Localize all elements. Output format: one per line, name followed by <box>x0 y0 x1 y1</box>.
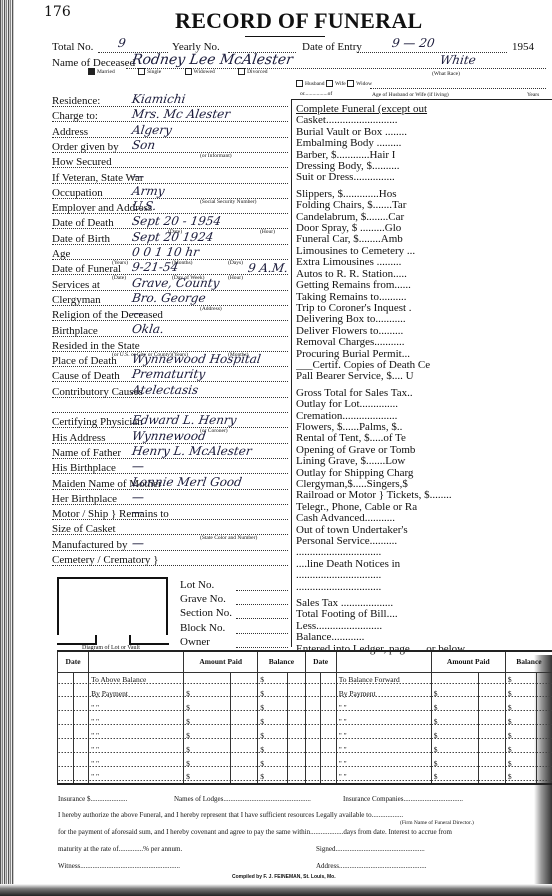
charge-item[interactable]: Casket.......................... <box>296 115 552 126</box>
ledger-cell[interactable] <box>321 770 337 784</box>
ledger-cell[interactable]: $ <box>184 700 231 714</box>
ledger-cell[interactable] <box>231 672 258 686</box>
total-no-label: Total No. <box>52 41 93 53</box>
status-widowed[interactable]: Widowed <box>185 69 215 75</box>
ledger-description[interactable]: " " <box>89 728 184 742</box>
ledger-cell[interactable] <box>58 756 74 770</box>
ledger-description[interactable]: " " <box>336 700 431 714</box>
charge-item[interactable]: Trip to Coroner's Inquest . <box>296 303 552 314</box>
interest-rate-field[interactable]: maturity at the rate of..............% p… <box>58 845 182 853</box>
field-hint: (Hour) <box>260 229 275 235</box>
ledger-cell[interactable] <box>288 700 305 714</box>
ledger-cell[interactable] <box>305 728 321 742</box>
payment-terms-text: for the payment of aforesaid sum, and I … <box>58 828 452 836</box>
charge-item[interactable]: ............................... <box>296 570 552 581</box>
dotted-line <box>52 152 288 153</box>
lot-diagram <box>57 577 168 635</box>
charge-item[interactable]: Suit or Dress............... <box>296 172 552 183</box>
field-value[interactable]: Wynnewood Hospital <box>131 352 262 366</box>
charges-list: Complete Funeral (except out Casket.....… <box>296 104 552 655</box>
ledger-cell[interactable] <box>58 714 74 728</box>
ledger-cell[interactable] <box>431 672 478 686</box>
ledger-cell[interactable]: $ <box>184 770 231 784</box>
ledger-cell[interactable] <box>536 700 552 714</box>
charge-item[interactable]: Taking Remains to.......... <box>296 292 552 303</box>
ledger-cell[interactable] <box>288 770 305 784</box>
diagram-foot-right <box>129 635 169 645</box>
charge-item[interactable]: Pall Bearer Service, $.... U <box>296 371 552 382</box>
ledger-cell[interactable] <box>478 756 505 770</box>
dotted-line <box>370 88 546 89</box>
ledger-description[interactable]: " " <box>336 756 431 770</box>
ledger-description[interactable]: " " <box>89 700 184 714</box>
ledger-description[interactable]: " " <box>336 728 431 742</box>
ledger-header: Amount Paid <box>431 652 505 672</box>
field-value[interactable]: Atelectasis <box>131 383 199 397</box>
charge-item[interactable]: Cash Advanced........... <box>296 513 552 524</box>
charge-item[interactable]: Door Spray, $ .........Glo <box>296 223 552 234</box>
charge-item[interactable]: Less........................ <box>296 621 552 632</box>
lot-field-label: Grave No. <box>180 593 226 605</box>
lot-field-input[interactable] <box>236 604 288 605</box>
book-binding-edge <box>0 0 14 896</box>
ledger-cell[interactable] <box>321 742 337 756</box>
field-hint: (State Color and Number) <box>200 535 257 541</box>
ledger-cell[interactable] <box>73 700 89 714</box>
charge-item[interactable]: Rental of Tent, $.....of Te <box>296 433 552 444</box>
ledger-cell[interactable] <box>73 770 89 784</box>
ledger-cell[interactable] <box>73 756 89 770</box>
status-married[interactable]: Married <box>88 69 115 75</box>
checkbox-married[interactable] <box>88 68 95 75</box>
signer-address-field[interactable]: Address.................................… <box>316 862 426 870</box>
field-value[interactable]: Sept 20 1924 <box>131 230 214 244</box>
spouse-age-hint: Age of Husband or Wife (if living) <box>372 92 449 98</box>
field-value[interactable]: Prematurity <box>131 367 206 381</box>
charge-item[interactable]: Delivering Box to........... <box>296 314 552 325</box>
field-value[interactable]: Kiamichi <box>131 92 186 106</box>
ledger-cell[interactable] <box>478 770 505 784</box>
charge-item[interactable]: Outlay for Shipping Charg <box>296 468 552 479</box>
charge-item[interactable]: Telegr., Phone, Cable or Ra <box>296 502 552 513</box>
ledger-cell[interactable] <box>184 672 231 686</box>
insurance-companies-field[interactable]: Insurance Companies.....................… <box>343 795 463 803</box>
charge-item[interactable]: Extra Limousines ......... <box>296 257 552 268</box>
ledger-cell[interactable]: $ <box>505 742 536 756</box>
ledger-cell[interactable] <box>321 728 337 742</box>
field-value[interactable]: 0 0 1 10 hr <box>131 245 200 259</box>
checkbox-wife[interactable] <box>326 80 333 87</box>
diagram-foot-left <box>57 635 97 645</box>
field-value[interactable]: — <box>131 459 145 473</box>
ledger-cell[interactable] <box>536 756 552 770</box>
charge-item[interactable]: Autos to R. R. Station..... <box>296 269 552 280</box>
dotted-line <box>357 52 507 53</box>
field-value[interactable]: 9-21-54 <box>131 260 179 274</box>
ledger-cell[interactable]: $ <box>258 756 288 770</box>
lot-field-input[interactable] <box>236 618 288 619</box>
field-value[interactable]: — <box>131 490 145 504</box>
ledger-description[interactable]: " " <box>89 714 184 728</box>
checkbox-widow[interactable] <box>347 80 354 87</box>
checkbox-single[interactable] <box>138 68 145 75</box>
ledger-description[interactable]: " " <box>89 770 184 784</box>
charge-item[interactable]: Lining Grave, $.......Low <box>296 456 552 467</box>
ledger-cell[interactable] <box>536 672 552 686</box>
field-value[interactable]: Wynnewood <box>131 429 207 443</box>
spouse-options: Husband Wife Widow <box>296 80 372 87</box>
ledger-cell[interactable] <box>321 700 337 714</box>
field-value[interactable]: — <box>131 169 145 183</box>
date-of-entry-label: Date of Entry <box>302 41 362 53</box>
ledger-cell[interactable]: $ <box>431 742 478 756</box>
ledger-cell[interactable]: $ <box>258 672 288 686</box>
dotted-line <box>52 320 288 321</box>
dotted-line <box>52 519 288 520</box>
ledger-cell[interactable]: $ <box>431 770 478 784</box>
lodges-field[interactable]: Names of Lodges.........................… <box>174 795 311 803</box>
field-value[interactable]: Edward L. Henry <box>131 413 237 427</box>
ledger-cell[interactable] <box>305 742 321 756</box>
ledger-cell[interactable] <box>58 728 74 742</box>
dotted-line <box>52 183 288 184</box>
lot-field-label: Owner <box>180 636 210 648</box>
witness-field[interactable]: Witness.................................… <box>58 862 180 870</box>
charge-item[interactable]: Opening of Grave or Tomb <box>296 445 552 456</box>
lot-field-input[interactable] <box>236 647 288 648</box>
charge-item[interactable]: ....line Death Notices in <box>296 559 552 570</box>
ledger-cell[interactable] <box>73 686 89 700</box>
ledger-description[interactable]: " " <box>336 714 431 728</box>
charge-item[interactable]: Funeral Car, $........Amb <box>296 234 552 245</box>
ledger-row: To Above Balance$To Balance Forward$ <box>58 672 552 686</box>
field-value[interactable]: — <box>131 536 145 550</box>
charge-item[interactable]: Clergyman,$.....Singers,$ <box>296 479 552 490</box>
ledger-description[interactable]: " " <box>89 742 184 756</box>
charge-item[interactable]: Outlay for Lot.............. <box>296 399 552 410</box>
status-single[interactable]: Single <box>138 69 161 75</box>
ledger-description[interactable]: " " <box>336 770 431 784</box>
ledger-cell[interactable]: $ <box>258 742 288 756</box>
ledger-header: Date <box>58 652 89 672</box>
ledger-cell[interactable] <box>305 686 321 700</box>
ledger-cell[interactable] <box>73 672 89 686</box>
total-no-value[interactable]: 9 <box>117 36 127 50</box>
ledger-description[interactable]: By Payment <box>336 686 431 700</box>
lot-field-label: Lot No. <box>180 579 214 591</box>
lot-field-label: Block No. <box>180 622 225 634</box>
ledger-cell[interactable]: $ <box>505 672 536 686</box>
ledger-header: Balance <box>258 652 305 672</box>
page-number: 176 <box>44 4 71 20</box>
compiled-by: Compiled by F. J. FEINEMAN, St. Louis, M… <box>232 874 336 880</box>
page-bottom-edge <box>0 884 552 896</box>
field-value[interactable]: Sept 20 - 1954 <box>131 214 222 228</box>
ledger-cell[interactable]: $ <box>431 700 478 714</box>
charge-item[interactable]: Deliver Flowers to......... <box>296 326 552 337</box>
ledger-cell[interactable] <box>58 672 74 686</box>
dotted-line <box>52 167 288 168</box>
ledger-cell[interactable]: $ <box>184 728 231 742</box>
ledger-row: " "$$" "$$ <box>58 742 552 756</box>
checkbox-widowed[interactable] <box>185 68 192 75</box>
charge-item[interactable]: Procuring Burial Permit... <box>296 349 552 360</box>
ledger-cell[interactable] <box>305 672 321 686</box>
page-title: RECORD OF FUNERAL <box>175 8 423 34</box>
field-value[interactable]: Henry L. McAlester <box>131 444 253 458</box>
checkbox-divorced[interactable] <box>238 68 245 75</box>
ledger-cell[interactable]: $ <box>258 714 288 728</box>
insurance-field[interactable]: Insurance $..................... <box>58 795 127 803</box>
charge-item[interactable]: Slippers, $.............Hos <box>296 189 552 200</box>
ledger-row: " "$$" "$$ <box>58 700 552 714</box>
field-value[interactable]: Son <box>131 138 156 152</box>
ledger-cell[interactable] <box>231 770 258 784</box>
ledger-cell[interactable]: $ <box>431 728 478 742</box>
ledger-cell[interactable] <box>305 756 321 770</box>
ledger-description[interactable]: To Above Balance <box>89 672 184 686</box>
ledger-header <box>89 652 184 672</box>
ledger-cell[interactable]: $ <box>431 714 478 728</box>
firm-name-hint: (Firm Name of Funeral Director.) <box>400 820 474 826</box>
years-hint: Years <box>527 92 539 98</box>
ledger-cell[interactable]: $ <box>505 714 536 728</box>
ledger-cell[interactable]: $ <box>184 756 231 770</box>
field-value[interactable]: U.S. <box>131 199 157 213</box>
charge-item[interactable]: ___Certif. Copies of Death Ce <box>296 360 552 371</box>
ledger-cell[interactable] <box>536 770 552 784</box>
dotted-line <box>52 458 288 459</box>
complete-funeral-heading: Complete Funeral (except out <box>296 104 552 115</box>
field-value[interactable]: Lonnie Merl Good <box>131 475 243 489</box>
ledger-row: " "$$" "$$ <box>58 770 552 784</box>
charge-item[interactable]: ............................... <box>296 582 552 593</box>
ledger-cell[interactable] <box>321 672 337 686</box>
ledger-cell[interactable]: $ <box>258 686 288 700</box>
ledger-cell[interactable]: $ <box>431 686 478 700</box>
race-value[interactable]: White <box>439 53 477 67</box>
ledger-header <box>336 652 431 672</box>
ledger-cell[interactable] <box>231 742 258 756</box>
ledger-cell[interactable] <box>231 756 258 770</box>
ledger-cell[interactable] <box>288 742 305 756</box>
ledger-row: " "$$" "$$ <box>58 756 552 770</box>
charge-item[interactable]: Candelabrum, $........Car <box>296 212 552 223</box>
dotted-line <box>52 550 288 551</box>
ledger-cell[interactable]: $ <box>505 686 536 700</box>
ledger-cell[interactable]: $ <box>258 728 288 742</box>
signed-field[interactable]: Signed..................................… <box>316 845 425 853</box>
field-hint: (Hour) <box>228 275 243 281</box>
ledger-cell[interactable] <box>305 770 321 784</box>
charge-item[interactable]: Dressing Body, $.......... <box>296 161 552 172</box>
ledger-cell[interactable]: $ <box>258 700 288 714</box>
charge-item[interactable]: Removal Charges........... <box>296 337 552 348</box>
ledger-cell[interactable] <box>536 714 552 728</box>
charge-item[interactable]: Sales Tax ................... <box>296 598 552 609</box>
ledger-header: Balance <box>505 652 552 672</box>
spouse-of: or.................of <box>300 91 332 97</box>
ledger-cell[interactable] <box>288 686 305 700</box>
field-value-secondary[interactable]: 9 A.M. <box>247 261 289 275</box>
year-value: 1954 <box>512 41 534 53</box>
charge-item[interactable]: Balance............ <box>296 632 552 643</box>
field-value[interactable]: Mrs. Mc Alester <box>131 107 231 121</box>
ledger-cell[interactable] <box>58 700 74 714</box>
ledger-cell[interactable] <box>73 714 89 728</box>
field-value[interactable]: Grave, County <box>131 276 220 290</box>
ledger-cell[interactable] <box>305 700 321 714</box>
charge-item[interactable]: Barber, $............Hair I <box>296 150 552 161</box>
ledger-cell[interactable] <box>231 686 258 700</box>
field-hint: (Days) <box>228 260 243 266</box>
ledger-cell[interactable] <box>58 686 74 700</box>
ledger-cell[interactable] <box>321 756 337 770</box>
dotted-line <box>52 336 288 337</box>
charge-item[interactable]: ............................... <box>296 547 552 558</box>
ledger-cell[interactable] <box>288 714 305 728</box>
ledger-header: Amount Paid <box>184 652 258 672</box>
ledger-cell[interactable] <box>536 686 552 700</box>
status-divorced[interactable]: Divorced <box>238 69 267 75</box>
ledger-description[interactable]: " " <box>336 742 431 756</box>
ledger-cell[interactable] <box>58 742 74 756</box>
ledger-cell[interactable] <box>231 714 258 728</box>
ledger-description[interactable]: To Balance Forward <box>336 672 431 686</box>
lot-field-input[interactable] <box>236 633 288 634</box>
checkbox-husband[interactable] <box>296 80 303 87</box>
field-value[interactable]: Okla. <box>131 322 165 336</box>
field-value[interactable]: Bro. George <box>131 291 207 305</box>
ledger-cell[interactable]: $ <box>505 728 536 742</box>
ledger-cell[interactable] <box>58 770 74 784</box>
ledger-cell[interactable] <box>73 728 89 742</box>
ledger-row: " "$$" "$$ <box>58 714 552 728</box>
ledger-header: Date <box>305 652 336 672</box>
ledger-cell[interactable]: $ <box>505 700 536 714</box>
ledger-cell[interactable] <box>288 756 305 770</box>
field-hint: (Date) <box>112 275 126 281</box>
ledger-cell[interactable] <box>321 686 337 700</box>
ledger-row: By Payment$$By Payment$$ <box>58 686 552 700</box>
title-rule <box>245 36 325 37</box>
payment-ledger: DateAmount PaidBalanceDateAmount PaidBal… <box>57 650 552 785</box>
ledger-cell[interactable] <box>478 742 505 756</box>
field-hint: (Social Security Number) <box>200 199 257 205</box>
ledger-cell[interactable]: $ <box>184 742 231 756</box>
lot-field-label: Section No. <box>180 607 232 619</box>
ledger-cell[interactable] <box>478 686 505 700</box>
ledger-cell[interactable] <box>536 742 552 756</box>
charge-item[interactable]: Railroad or Motor } Tickets, $........ <box>296 490 552 501</box>
field-hint: (or Informant) <box>200 153 232 159</box>
charge-item[interactable]: Getting Remains from...... <box>296 280 552 291</box>
field-value[interactable]: Army <box>131 184 166 198</box>
charge-item[interactable]: Limousines to Cemetery ... <box>296 246 552 257</box>
field-value[interactable]: — <box>131 306 145 320</box>
charge-item[interactable]: Folding Chairs, $.......Tar <box>296 200 552 211</box>
ledger-cell[interactable]: $ <box>258 770 288 784</box>
dotted-line <box>52 504 288 505</box>
ledger-cell[interactable] <box>478 728 505 742</box>
ledger-cell[interactable] <box>231 700 258 714</box>
ledger-cell[interactable]: $ <box>505 756 536 770</box>
charge-item[interactable]: Cremation.................... <box>296 411 552 422</box>
race-hint: (What Race) <box>432 71 460 77</box>
charge-item[interactable]: Embalming Body ......... <box>296 138 552 149</box>
ledger-cell[interactable] <box>478 700 505 714</box>
dotted-line <box>52 305 288 306</box>
ledger-row: " "$$" "$$ <box>58 728 552 742</box>
ledger-cell[interactable] <box>288 728 305 742</box>
date-of-entry-value[interactable]: 9 — 20 <box>391 36 436 50</box>
field-hint: (Address) <box>200 306 222 312</box>
ledger-cell[interactable] <box>321 714 337 728</box>
ledger-cell[interactable]: $ <box>184 686 231 700</box>
charge-item[interactable]: Gross Total for Sales Tax.. <box>296 388 552 399</box>
charge-item[interactable]: Out of town Undertaker's <box>296 525 552 536</box>
charge-item[interactable]: Personal Service.......... <box>296 536 552 547</box>
ledger-description[interactable]: By Payment <box>89 686 184 700</box>
ledger-cell[interactable] <box>73 742 89 756</box>
authorization-text: I hereby authorize the above Funeral, an… <box>58 811 403 819</box>
ledger-cell[interactable] <box>231 728 258 742</box>
ledger-cell[interactable] <box>536 728 552 742</box>
ledger-cell[interactable]: $ <box>184 714 231 728</box>
ledger-cell[interactable] <box>305 714 321 728</box>
charge-item[interactable]: Flowers, $......Palms, $.. <box>296 422 552 433</box>
field-value[interactable]: Algery <box>131 123 173 137</box>
ledger-cell[interactable] <box>478 672 505 686</box>
name-of-deceased-value[interactable]: Rodney Lee McAlester <box>131 52 294 68</box>
ledger-cell[interactable] <box>288 672 305 686</box>
ledger-cell[interactable] <box>478 714 505 728</box>
marital-status-group: Married Single Widowed Divorced <box>88 68 290 75</box>
dotted-line <box>52 565 288 566</box>
field-value[interactable]: — <box>131 505 145 519</box>
lot-field-input[interactable] <box>236 590 288 591</box>
ledger-cell[interactable]: $ <box>505 770 536 784</box>
ledger-description[interactable]: " " <box>89 756 184 770</box>
ledger-cell[interactable]: $ <box>431 756 478 770</box>
charge-item[interactable]: Total Footing of Bill.... <box>296 609 552 620</box>
charge-item[interactable]: Burial Vault or Box ........ <box>296 127 552 138</box>
